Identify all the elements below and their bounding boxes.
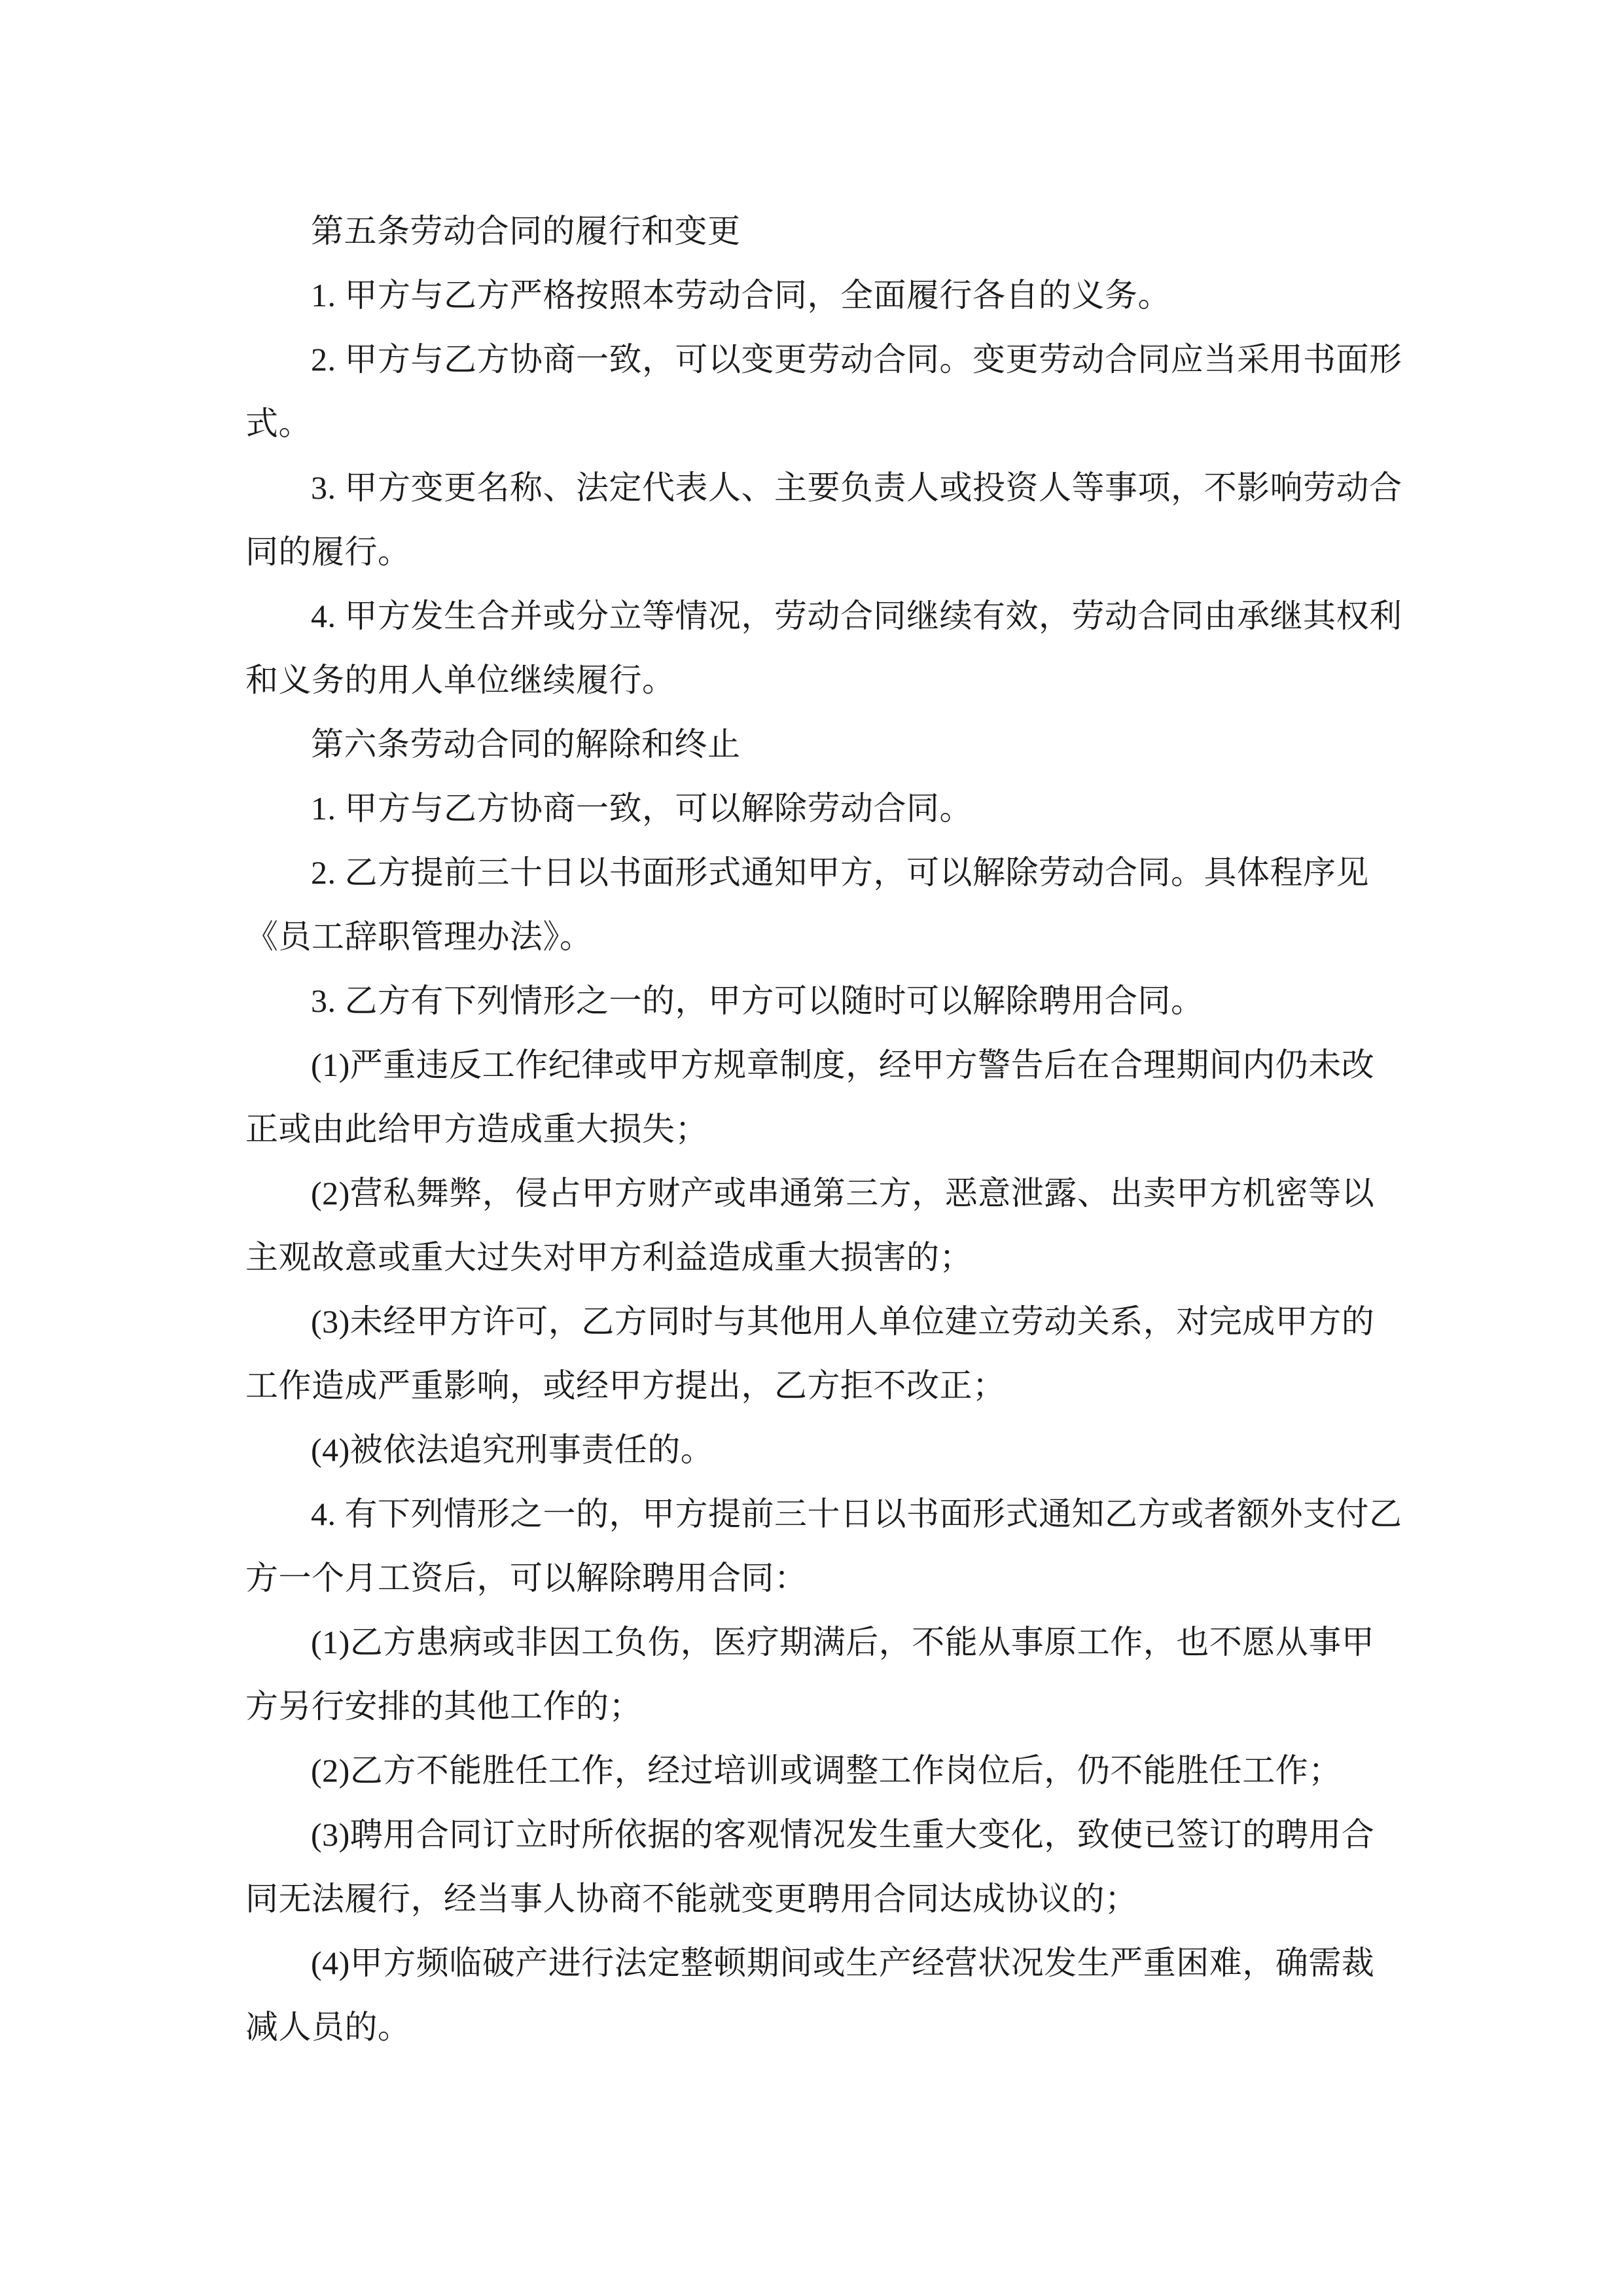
contract-line: (2)乙方不能胜任工作，经过培训或调整工作岗位后，仍不能胜任工作； — [245, 1738, 1417, 1803]
contract-line: 1. 甲方与乙方严格按照本劳动合同，全面履行各自的义务。 — [245, 263, 1417, 327]
contract-line: (3)聘用合同订立时所依据的客观情况发生重大变化，致使已签订的聘用合 — [245, 1803, 1417, 1867]
contract-line: 同的履行。 — [245, 520, 1417, 584]
contract-line: 《员工辞职管理办法》。 — [245, 905, 1417, 969]
contract-line: 主观故意或重大过失对甲方利益造成重大损害的； — [245, 1225, 1417, 1289]
contract-line: 3. 甲方变更名称、法定代表人、主要负责人或投资人等事项，不影响劳动合 — [245, 456, 1417, 520]
document-page: 第五条劳动合同的履行和变更1. 甲方与乙方严格按照本劳动合同，全面履行各自的义务… — [0, 0, 1623, 2296]
contract-line: 4. 甲方发生合并或分立等情况，劳动合同继续有效，劳动合同由承继其权利 — [245, 584, 1417, 648]
contract-line: (4)被依法追究刑事责任的。 — [245, 1418, 1417, 1482]
contract-line: (1)乙方患病或非因工负伤，医疗期满后，不能从事原工作，也不愿从事甲 — [245, 1610, 1417, 1674]
contract-line: 同无法履行，经当事人协商不能就变更聘用合同达成协议的； — [245, 1867, 1417, 1931]
contract-line: 式。 — [245, 391, 1417, 456]
contract-line: 2. 甲方与乙方协商一致，可以变更劳动合同。变更劳动合同应当采用书面形 — [245, 327, 1417, 391]
contract-line: 正或由此给甲方造成重大损失； — [245, 1097, 1417, 1161]
contract-line: 方一个月工资后，可以解除聘用合同： — [245, 1546, 1417, 1610]
contract-line: 1. 甲方与乙方协商一致，可以解除劳动合同。 — [245, 776, 1417, 840]
contract-line: 工作造成严重影响，或经甲方提出，乙方拒不改正； — [245, 1354, 1417, 1418]
contract-line: 2. 乙方提前三十日以书面形式通知甲方，可以解除劳动合同。具体程序见 — [245, 840, 1417, 905]
contract-line: (1)严重违反工作纪律或甲方规章制度，经甲方警告后在合理期间内仍未改 — [245, 1033, 1417, 1097]
contract-body: 第五条劳动合同的履行和变更1. 甲方与乙方严格按照本劳动合同，全面履行各自的义务… — [245, 199, 1417, 2059]
contract-line: (2)营私舞弊，侵占甲方财产或串通第三方，恶意泄露、出卖甲方机密等以 — [245, 1161, 1417, 1225]
contract-line: (4)甲方频临破产进行法定整顿期间或生产经营状况发生严重困难，确需裁 — [245, 1931, 1417, 1995]
contract-line: (3)未经甲方许可，乙方同时与其他用人单位建立劳动关系，对完成甲方的 — [245, 1289, 1417, 1354]
contract-line: 第六条劳动合同的解除和终止 — [245, 712, 1417, 776]
contract-line: 方另行安排的其他工作的； — [245, 1674, 1417, 1738]
contract-line: 减人员的。 — [245, 1995, 1417, 2059]
contract-line: 和义务的用人单位继续履行。 — [245, 648, 1417, 712]
contract-line: 3. 乙方有下列情形之一的，甲方可以随时可以解除聘用合同。 — [245, 969, 1417, 1033]
contract-line: 4. 有下列情形之一的，甲方提前三十日以书面形式通知乙方或者额外支付乙 — [245, 1482, 1417, 1546]
contract-line: 第五条劳动合同的履行和变更 — [245, 199, 1417, 263]
